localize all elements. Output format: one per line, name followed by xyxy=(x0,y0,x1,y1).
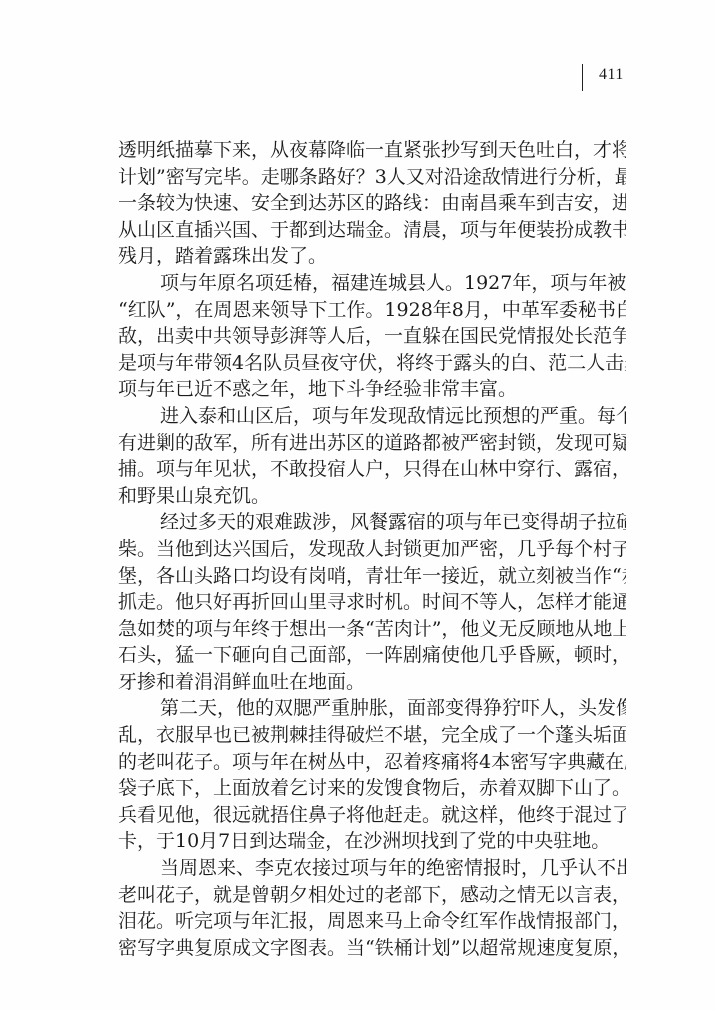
text-line: 老叫花子，就是曾朝夕相处过的老部下，感动之情无以言表，眼里浸满了 xyxy=(118,882,626,909)
paragraph: 第二天，他的双腮严重肿胀，面部变得狰狞吓人，头发像乱草一样蓬 乱，衣服早也已被荆… xyxy=(118,695,626,855)
text-line: “红队”，在周恩来领导下工作。1928年8月，中革军委秘书白鑫叛变投 xyxy=(118,297,626,324)
text-line: 从山区直插兴国、于都到达瑞金。清晨，项与年便装扮成教书先生，顶着 xyxy=(118,217,626,244)
text-line: 敌，出卖中共领导彭湃等人后，一直躲在国民党情报处长范争波家中。正 xyxy=(118,323,626,350)
text-line: 是项与年带领4名队员昼夜守伏，将终于露头的白、范二人击毙。此时的 xyxy=(118,350,626,377)
page-number: 411 xyxy=(599,66,624,84)
text-line: 计划”密写完毕。走哪条路好？3人又对沿途敌情进行分析，最终选择了 xyxy=(118,164,626,191)
paragraph: 进入泰和山区后，项与年发现敌情远比预想的严重。每个村子都驻 有进剿的敌军，所有进… xyxy=(118,403,626,509)
paragraph: 当周恩来、李克农接过项与年的绝密情报时，几乎认不出眼前站立的 老叫花子，就是曾朝… xyxy=(118,855,626,961)
text-line: 有进剿的敌军，所有进出苏区的道路都被严密封锁，发现可疑之人立即逮 xyxy=(118,430,626,457)
text-line: 经过多天的艰难跋涉，风餐露宿的项与年已变得胡子拉碴、骨瘦如 xyxy=(118,509,626,536)
text-line: 抓走。他只好再折回山里寻求时机。时间不等人，怎样才能通过关卡？心 xyxy=(118,589,626,616)
paragraph: 透明纸描摹下来，从夜幕降临一直紧张抄写到天色吐白，才将整个“铁桶 计划”密写完毕… xyxy=(118,137,626,270)
text-line: 的老叫花子。项与年在树丛中，忍着疼痛将4本密写字典藏在肮脏破烂的 xyxy=(118,749,626,776)
text-line: 牙掺和着涓涓鲜血吐在地面。 xyxy=(118,669,626,696)
paragraph: 经过多天的艰难跋涉，风餐露宿的项与年已变得胡子拉碴、骨瘦如 柴。当他到达兴国后，… xyxy=(118,509,626,695)
text-line: 柴。当他到达兴国后，发现敌人封锁更加严密，几乎每个村子都修有碉 xyxy=(118,536,626,563)
text-line: 卡，于10月7日到达瑞金，在沙洲坝找到了党的中央驻地。 xyxy=(118,828,626,855)
text-line: 袋子底下，上面放着乞讨来的发馊食物后，赤着双脚下山了。沿途敌军哨 xyxy=(118,775,626,802)
text-line: 急如焚的项与年终于想出一条“苦肉计”，他义无反顾地从地上抓起一块 xyxy=(118,616,626,643)
text-line: 乱，衣服早也已被荆棘挂得破烂不堪，完全成了一个蓬头垢面、让人厌恶 xyxy=(118,722,626,749)
text-line: 密写字典复原成文字图表。当“铁桶计划”以超常规速度复原，送到党中 xyxy=(118,935,626,962)
text-line: 进入泰和山区后，项与年发现敌情远比预想的严重。每个村子都驻 xyxy=(118,403,626,430)
text-line: 石头，猛一下砸向自己面部，一阵剧痛使他几乎昏厥，顿时，口中四颗门 xyxy=(118,642,626,669)
page-number-rule xyxy=(582,64,583,91)
text-line: 兵看见他，很远就捂住鼻子将他赶走。就这样，他终于混过了敌人层层哨 xyxy=(118,802,626,829)
text-line: 堡，各山头路口均设有岗哨，青壮年一接近，就立刻被当作“赤匪侦探” xyxy=(118,563,626,590)
text-line: 捕。项与年见状，不敢投宿人户，只得在山林中穿行、露宿，以少量干粮 xyxy=(118,456,626,483)
body-text: 透明纸描摹下来，从夜幕降临一直紧张抄写到天色吐白，才将整个“铁桶 计划”密写完毕… xyxy=(118,137,626,961)
text-line: 项与年原名项廷椿，福建连城县人。1927年，项与年被调入中央特科 xyxy=(118,270,626,297)
paragraph: 项与年原名项廷椿，福建连城县人。1927年，项与年被调入中央特科 “红队”，在周… xyxy=(118,270,626,403)
text-line: 第二天，他的双腮严重肿胀，面部变得狰狞吓人，头发像乱草一样蓬 xyxy=(118,695,626,722)
text-line: 和野果山泉充饥。 xyxy=(118,483,626,510)
text-line: 透明纸描摹下来，从夜幕降临一直紧张抄写到天色吐白，才将整个“铁桶 xyxy=(118,137,626,164)
text-line: 项与年已近不惑之年，地下斗争经验非常丰富。 xyxy=(118,376,626,403)
text-line: 残月，踏着露珠出发了。 xyxy=(118,243,626,270)
text-line: 一条较为快速、安全到达苏区的路线：由南昌乘车到吉安，进入泰和，再 xyxy=(118,190,626,217)
text-line: 泪花。听完项与年汇报，周恩来马上命令红军作战情报部门，火速将4本 xyxy=(118,908,626,935)
book-page: 411 透明纸描摹下来，从夜幕降临一直紧张抄写到天色吐白，才将整个“铁桶 计划”… xyxy=(0,0,715,1010)
text-line: 当周恩来、李克农接过项与年的绝密情报时，几乎认不出眼前站立的 xyxy=(118,855,626,882)
